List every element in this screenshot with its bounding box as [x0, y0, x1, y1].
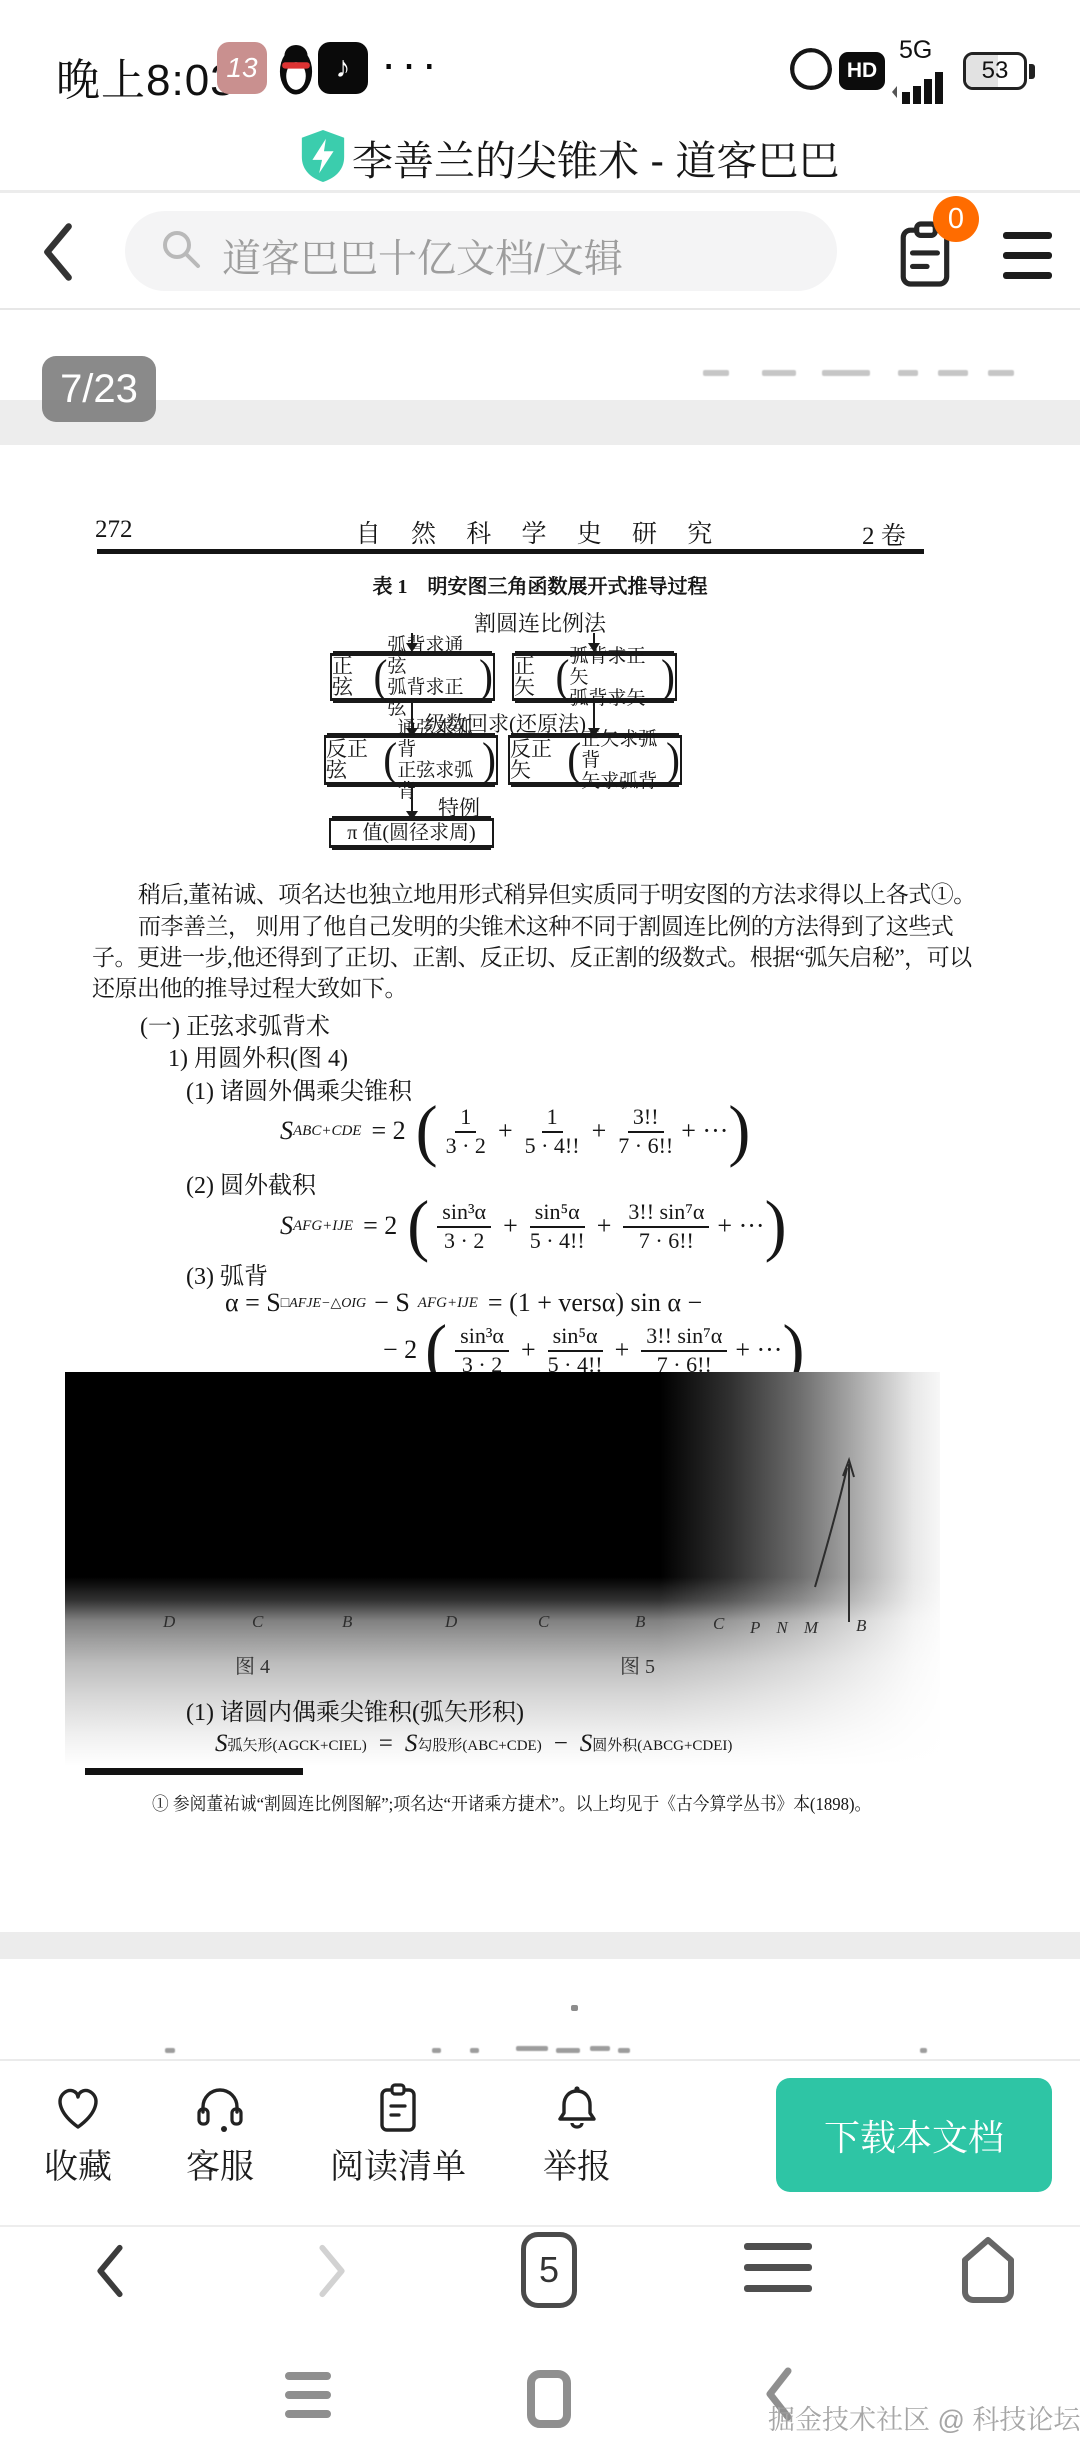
- back-icon[interactable]: [38, 220, 78, 284]
- f2-eq: = 2: [363, 1211, 397, 1241]
- section-heading: (一) 正弦求弧背术: [140, 1006, 330, 1041]
- f4-base: S: [580, 1730, 593, 1758]
- volte-swirl-icon: [788, 46, 834, 92]
- figure-point-label: D: [445, 1612, 457, 1632]
- system-recents-icon[interactable]: [285, 2372, 331, 2418]
- page-title: 李善兰的尖锥术 - 道客巴巴: [352, 128, 839, 187]
- header-rule: [97, 549, 924, 554]
- f1-tail: + ···: [681, 1116, 728, 1146]
- f2-tail: + ···: [717, 1211, 764, 1241]
- body-text-line: 而李善兰， 则用了他自己发明的尖锥术这种不同于割圆连比例的方法得到了这些式: [138, 908, 953, 941]
- paren: ): [482, 748, 496, 772]
- hd-label: HD: [847, 59, 877, 83]
- paren: (: [383, 748, 397, 772]
- paren: (: [416, 1091, 438, 1171]
- flow-box-arcsine: 反正弦( 通弦求弧背正弦求弧背 ): [324, 735, 498, 785]
- download-button[interactable]: 下载本文档: [776, 2078, 1052, 2192]
- box-label: 正矢: [514, 656, 554, 698]
- paren: ): [666, 748, 680, 772]
- f2-base: S: [280, 1211, 293, 1241]
- f2-sub: AFG+IJE: [293, 1218, 353, 1235]
- faint-text-fragment: [898, 370, 918, 376]
- figure-point-label: B: [635, 1612, 645, 1632]
- body-text-line: 子。更进一步,他还得到了正切、正割、反正切、反正割的级数式。根据“弧矢启秘”，可…: [92, 939, 972, 972]
- music-note-glyph: ♪: [336, 51, 351, 85]
- status-time: 晚上8:03: [56, 44, 236, 108]
- figure-point-label: D: [163, 1612, 175, 1632]
- menu-line: [285, 2372, 331, 2380]
- menu-line: [1003, 272, 1052, 279]
- f1-base: S: [280, 1116, 293, 1146]
- battery-indicator: 53: [963, 52, 1027, 90]
- browser-menu-icon[interactable]: [744, 2243, 812, 2292]
- scan-journal-title: 自 然 科 学 史 研 究: [0, 514, 1080, 550]
- f4-sub: 圆外积(ABCG+CDEI): [592, 1734, 732, 1755]
- num: sin³α: [437, 1199, 491, 1228]
- num: 3!! sin⁷α: [623, 1199, 709, 1228]
- paren: ): [728, 1091, 750, 1171]
- den: 5 · 4!!: [530, 1228, 585, 1254]
- page-gap-band: [0, 1932, 1080, 1959]
- faint-text-fragment: [762, 370, 796, 376]
- tab-count-button[interactable]: 5: [521, 2232, 577, 2308]
- box-line: 正矢求弧背: [581, 729, 666, 771]
- den: 7 · 6!!: [618, 1133, 673, 1159]
- search-placeholder: 道客巴巴十亿文档/文辑: [222, 228, 623, 284]
- figure-point-label: C: [252, 1612, 263, 1632]
- faint-text-fragment: [516, 2046, 548, 2051]
- browser-forward-icon[interactable]: [314, 2242, 350, 2300]
- calendar-day: 13: [226, 52, 257, 84]
- watermark: 掘金技术社区 @ 科技论坛: [768, 2398, 1080, 2437]
- num: sin³α: [455, 1323, 509, 1352]
- f3-sub1: □AFJE−△OIG: [281, 1295, 366, 1312]
- num: 1: [455, 1104, 476, 1133]
- figure-4-caption: 图 4: [235, 1650, 270, 1679]
- faint-text-fragment: [618, 2048, 630, 2053]
- reading-list-label: 阅读清单: [330, 2139, 466, 2188]
- figure-point-label: C: [713, 1614, 724, 1634]
- sub-heading: 1) 用圆外积(图 4): [168, 1038, 348, 1073]
- f3-head2: − 2: [383, 1335, 417, 1365]
- paren: (: [407, 1186, 429, 1266]
- body-text-line: 还原出他的推导过程大致如下。: [92, 970, 407, 1003]
- box-label: 正弦: [332, 656, 372, 698]
- paren: ): [765, 1186, 787, 1266]
- sub-heading: (1) 诸圆内偶乘尖锥积(弧矢形积): [186, 1692, 524, 1727]
- paren: ): [479, 665, 493, 689]
- formula-2: SAFG+IJE = 2 ( sin³α3 · 2 + sin⁵α5 · 4!!…: [280, 1188, 787, 1264]
- notification-badge: 0: [933, 196, 979, 242]
- f3-sub2: AFG+IJE: [418, 1295, 478, 1312]
- reading-list-button[interactable]: 阅读清单: [330, 2082, 466, 2188]
- box-label: 反正矢: [510, 739, 566, 781]
- f1-eq: = 2: [371, 1116, 405, 1146]
- f3-head: α = S: [225, 1288, 281, 1318]
- f4-eq: =: [379, 1730, 393, 1758]
- flowchart-root-label: 割圆连比例法: [0, 607, 1080, 638]
- faint-text-fragment: [165, 2048, 175, 2053]
- report-label: 举报: [543, 2139, 611, 2188]
- faint-text-fragment: [571, 2005, 578, 2011]
- plus: +: [615, 1335, 630, 1365]
- status-more-dots: ···: [381, 36, 442, 90]
- faint-text-fragment: [988, 370, 1014, 376]
- faint-text-fragment: [822, 370, 870, 376]
- menu-icon[interactable]: [1003, 232, 1052, 279]
- favorite-label: 收藏: [44, 2139, 112, 2188]
- figure-point-label: B: [342, 1612, 352, 1632]
- battery-nub: [1029, 64, 1035, 79]
- page-indicator-badge: 7/23: [42, 356, 156, 422]
- signal-bars-icon: [888, 66, 948, 106]
- den: 7 · 6!!: [639, 1228, 694, 1254]
- box-line: 通弦求弧背: [397, 718, 482, 760]
- phone-screen: 晚上8:03 13 ♪ ··· HD 5G 53 李善兰的尖锥术 - 道客巴巴: [0, 0, 1080, 2460]
- den: 3 · 2: [444, 1228, 484, 1254]
- f4-sub: 弧矢形(AGCK+CIEL): [228, 1734, 367, 1755]
- figure5-curve: [785, 1452, 875, 1627]
- download-label: 下载本文档: [824, 2110, 1004, 2161]
- report-button[interactable]: 举报: [543, 2082, 611, 2188]
- box-line: 弧背求正矢: [569, 646, 661, 688]
- badge-count: 0: [948, 203, 964, 236]
- faint-text-fragment: [590, 2046, 610, 2051]
- flow-arrow-down: [411, 787, 413, 818]
- f1-sub: ABC+CDE: [293, 1123, 361, 1140]
- menu-line: [1003, 232, 1052, 239]
- plus: +: [597, 1211, 612, 1241]
- search-icon: [158, 226, 206, 274]
- faint-text-fragment: [938, 370, 968, 376]
- formula-4: S弧矢形(AGCK+CIEL) = S勾股形(ABC+CDE) − S圆外积(A…: [215, 1730, 732, 1758]
- paren: (: [555, 665, 569, 689]
- menu-line: [285, 2410, 331, 2418]
- customer-service-label: 客服: [186, 2139, 254, 2188]
- faint-text-fragment: [920, 2048, 927, 2053]
- page-gap-band: [0, 400, 1080, 445]
- formula-1: SABC+CDE = 2 ( 13 · 2 + 15 · 4!! + 3!!7 …: [280, 1093, 750, 1169]
- menu-line: [744, 2264, 812, 2271]
- tab-count: 5: [539, 2249, 559, 2291]
- page-indicator: 7/23: [60, 367, 138, 412]
- paren: (: [567, 748, 581, 772]
- favorite-button[interactable]: 收藏: [44, 2082, 112, 2188]
- plus: +: [503, 1211, 518, 1241]
- num: 1: [542, 1104, 563, 1133]
- den: 3 · 2: [446, 1133, 486, 1159]
- faint-text-fragment: [432, 2048, 441, 2053]
- calendar-app-icon: 13: [217, 42, 267, 94]
- flow-box-pi: π 值(圆径求周): [329, 818, 494, 848]
- num: 3!! sin⁷α: [641, 1323, 727, 1352]
- faint-text-fragment: [470, 2048, 479, 2053]
- f4-minus: −: [554, 1730, 568, 1758]
- figure-point-label: P N M: [750, 1618, 824, 1638]
- shield-lightning-icon: [298, 128, 348, 184]
- num: sin⁵α: [548, 1323, 603, 1352]
- body-text-line: 稍后,董祐诚、项名达也独立地用形式稍异但实质同于明安图的方法求得以上各式①。: [138, 876, 976, 909]
- f4-base: S: [405, 1730, 418, 1758]
- customer-service-button[interactable]: 客服: [186, 2082, 254, 2188]
- box-label: 反正弦: [326, 739, 382, 781]
- flow-box-arcversine: 反正矢( 正矢求弧背矢求弧背 ): [508, 735, 682, 785]
- scan-volume: 2 卷: [862, 516, 906, 552]
- num: 3!!: [628, 1104, 664, 1133]
- qq-penguin-icon: [273, 40, 319, 96]
- plus: +: [521, 1335, 536, 1365]
- den: 5 · 4!!: [525, 1133, 580, 1159]
- f4-sub: 勾股形(ABC+CDE): [417, 1734, 541, 1755]
- menu-line: [744, 2285, 812, 2292]
- num: sin⁵α: [530, 1199, 585, 1228]
- bell-icon: [551, 2082, 603, 2134]
- paren: (: [373, 665, 387, 689]
- network-type-label: 5G: [899, 36, 932, 65]
- figure-point-label: C: [538, 1612, 549, 1632]
- clipboard-list-icon: [372, 2082, 424, 2134]
- browser-back-icon[interactable]: [92, 2242, 128, 2300]
- sub-heading: (3) 弧背: [186, 1256, 268, 1291]
- footnote: ① 参阅董祐诚“割圆连比例图解”;项名达“开诸乘方捷术”。以上均见于《古今算学丛…: [152, 1790, 871, 1816]
- faint-text-fragment: [556, 2048, 580, 2053]
- f3-tail2: + ···: [735, 1335, 782, 1365]
- figure-5-caption: 图 5: [620, 1650, 655, 1679]
- box-line: 弧背求通弦: [387, 635, 479, 677]
- divider: [0, 308, 1080, 310]
- home-icon[interactable]: [958, 2235, 1018, 2305]
- hd-badge: HD: [839, 52, 885, 90]
- heart-icon: [52, 2082, 104, 2134]
- system-home-icon[interactable]: [527, 2370, 571, 2428]
- menu-line: [744, 2243, 812, 2250]
- faint-text-fragment: [703, 370, 729, 376]
- battery-percent: 53: [982, 57, 1009, 85]
- flow-box-sine: 正弦( 弧背求通弦弧背求正弦 ): [330, 653, 495, 701]
- headset-icon: [194, 2082, 246, 2134]
- box-line: 弧背求矢: [569, 688, 661, 709]
- plus: +: [592, 1116, 607, 1146]
- tiktok-app-icon: ♪: [318, 42, 368, 94]
- flow-box-versine: 正矢( 弧背求正矢弧背求矢 ): [512, 653, 677, 701]
- menu-line: [1003, 252, 1052, 259]
- table-title: 表 1 明安图三角函数展开式推导过程: [0, 570, 1080, 599]
- box-label: π 值(圆径求周): [347, 823, 475, 844]
- figure-point-label: B: [856, 1616, 866, 1636]
- menu-line: [285, 2391, 331, 2399]
- box-line: 矢求弧背: [581, 771, 666, 792]
- footnote-rule: [85, 1768, 303, 1775]
- paren: ): [661, 665, 675, 689]
- plus: +: [498, 1116, 513, 1146]
- f4-base: S: [215, 1730, 228, 1758]
